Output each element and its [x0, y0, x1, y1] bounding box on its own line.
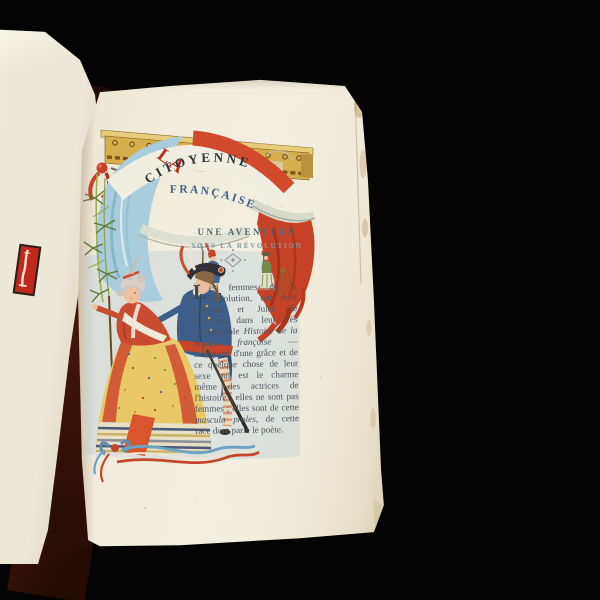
body-paragraph: Les femmes de la Révolution, ont écrit E…: [193, 281, 300, 437]
subtitle-line1: UNE AVENTURE: [193, 227, 301, 237]
red-bookplate-stamp: [13, 244, 42, 297]
title-page: LA CITOYENNE FRANÇAISE: [75, 78, 387, 550]
subtitle-line2: SOUS LA RÉVOLUTION: [183, 242, 311, 250]
dropcap: L: [193, 283, 209, 301]
photo-stage: LA CITOYENNE FRANÇAISE: [0, 0, 600, 600]
stamp-figure: [15, 246, 35, 290]
title-word-francaise: FRANÇAISE: [170, 184, 258, 213]
body-text-block: Les femmes de la Révolution, ont écrit E…: [193, 281, 300, 437]
paragraph-text: es femmes de la Révolution, ont écrit Ed…: [193, 281, 299, 436]
